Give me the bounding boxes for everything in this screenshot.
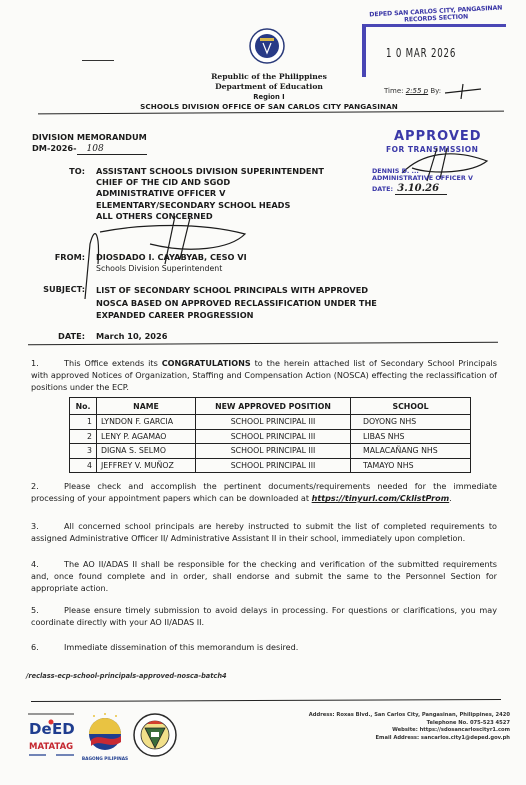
table-row: 4 JEFFREY V. MUÑOZ SCHOOL PRINCIPAL III … (70, 458, 471, 473)
memo-date: March 10, 2026 (96, 331, 167, 342)
svg-text:ED: ED (52, 720, 75, 738)
cell-school: DOYONG NHS (351, 415, 471, 430)
approved-label: APPROVED (394, 129, 482, 144)
footer-telephone: Telephone No. 075-523 4527 (300, 720, 510, 728)
records-stamp-title: DEPED SAN CARLOS CITY, PANGASINAN RECORD… (356, 4, 517, 26)
footer-address: Address: Roxas Blvd., San Carlos City, P… (300, 712, 510, 720)
cell-no: 3 (70, 444, 97, 459)
recipient: CHIEF OF THE CID AND SGOD (96, 177, 324, 188)
subject-line: NOSCA BASED ON APPROVED RECLASSIFICATION… (96, 297, 377, 310)
to-label: TO: (5, 166, 85, 176)
cell-name: JEFFREY V. MUÑOZ (97, 458, 196, 473)
svg-text:De: De (29, 720, 52, 738)
paragraph-2: 2.Please check and accomplish the pertin… (31, 480, 497, 504)
subject-line: LIST OF SECONDARY SCHOOL PRINCIPALS WITH… (96, 284, 377, 297)
time-label: Time: (384, 87, 404, 95)
records-stamp-time: Time: 2:55 p By: (384, 83, 483, 99)
from-label: FROM: (5, 252, 85, 262)
memo-number-prefix: DM-2026- (32, 143, 77, 153)
cell-position: SCHOOL PRINCIPAL III (196, 429, 351, 444)
approver-title: ADMINISTRATIVE OFFICER V (372, 174, 473, 182)
cell-name: LYNDON F. GARCIA (97, 415, 196, 430)
stray-mark (82, 60, 114, 61)
table-header-row: No. NAME NEW APPROVED POSITION SCHOOL (70, 398, 471, 415)
paragraph-1: 1.This Office extends its CONGRATULATION… (31, 357, 497, 394)
paragraph-text: All concerned school principals are here… (31, 521, 497, 543)
paragraph-number: 4. (31, 558, 64, 570)
subject-label: SUBJECT: (5, 284, 85, 294)
header-position: NEW APPROVED POSITION (196, 398, 351, 415)
recipient: ASSISTANT SCHOOLS DIVISION SUPERINTENDEN… (96, 166, 324, 177)
bagong-pilipinas-logo: BAGONG PILIPINAS (82, 710, 128, 766)
footer-website[interactable]: Website: https://sdosancarloscityr1.com (300, 727, 510, 735)
paragraph-text: . (449, 493, 452, 503)
paragraph-3: 3.All concerned school principals are he… (31, 520, 497, 544)
approved-date-label: DATE: (372, 185, 393, 193)
sender-name: DIOSDADO I. CAYABYAB, CESO VI (96, 252, 247, 263)
memo-header-divider (28, 342, 498, 345)
paragraph-number: 6. (31, 641, 64, 653)
initials-signature-icon (443, 83, 483, 99)
cell-school: MALACAÑANG NHS (351, 444, 471, 459)
principals-table: No. NAME NEW APPROVED POSITION SCHOOL 1 … (69, 397, 471, 473)
cell-no: 2 (70, 429, 97, 444)
date-label: DATE: (5, 331, 85, 341)
cell-position: SCHOOL PRINCIPAL III (196, 444, 351, 459)
sender-title: Schools Division Superintendent (96, 264, 222, 273)
memo-number-value: 108 (77, 144, 147, 155)
document-reference-code: /reclass-ecp-school-principals-approved-… (26, 672, 227, 680)
header-no: No. (70, 398, 97, 415)
approved-for-transmission-stamp: APPROVED FOR TRANSMISSION DENNIS D. ... … (372, 129, 522, 199)
cell-no: 1 (70, 415, 97, 430)
sdo-san-carlos-seal (132, 712, 178, 758)
svg-text:MATATAG: MATATAG (29, 742, 73, 752)
cell-name: LENY P. AGAMAO (97, 429, 196, 444)
deped-matatag-logo: De ED MATATAG (28, 712, 76, 760)
paragraph-text: The AO II/ADAS II shall be responsible f… (31, 559, 497, 593)
paragraph-5: 5.Please ensure timely submission to avo… (31, 604, 497, 628)
office-contact-info: Address: Roxas Blvd., San Carlos City, P… (300, 712, 510, 742)
footer-email[interactable]: Email Address: sancarlos.city1@deped.gov… (300, 735, 510, 743)
records-received-stamp: DEPED SAN CARLOS CITY, PANGASINAN RECORD… (356, 8, 516, 103)
paragraph-number: 1. (31, 357, 64, 369)
paragraph-4: 4.The AO II/ADAS II shall be responsible… (31, 558, 497, 595)
recipient: ADMINISTRATIVE OFFICER V (96, 188, 324, 199)
paragraph-text: This Office extends its (64, 358, 162, 368)
paragraph-number: 3. (31, 520, 64, 532)
paragraph-text: Immediate dissemination of this memorand… (64, 642, 298, 652)
approved-date-value: 3.10.26 (395, 183, 447, 195)
records-stamp-date: 1 0 MAR 2026 (386, 46, 456, 60)
cell-name: DIGNA S. SELMO (97, 444, 196, 459)
deped-seal-icon (249, 28, 285, 64)
paragraph-6: 6.Immediate dissemination of this memora… (31, 641, 497, 653)
by-label: By: (430, 87, 441, 95)
header-divider (38, 111, 504, 115)
cell-no: 4 (70, 458, 97, 473)
office-heading: SCHOOLS DIVISION OFFICE OF SAN CARLOS CI… (6, 102, 526, 111)
svg-text:BAGONG PILIPINAS: BAGONG PILIPINAS (82, 756, 128, 762)
approved-date: DATE: 3.10.26 (372, 183, 447, 194)
footer-divider (31, 699, 501, 702)
table-row: 3 DIGNA S. SELMO SCHOOL PRINCIPAL III MA… (70, 444, 471, 459)
time-value: 2:55 p (406, 87, 428, 95)
cell-school: LIBAS NHS (351, 429, 471, 444)
subject-line: EXPANDED CAREER PROGRESSION (96, 309, 377, 322)
paragraph-number: 2. (31, 480, 64, 492)
paragraph-number: 5. (31, 604, 64, 616)
cell-position: SCHOOL PRINCIPAL III (196, 458, 351, 473)
cell-school: TAMAYO NHS (351, 458, 471, 473)
cell-position: SCHOOL PRINCIPAL III (196, 415, 351, 430)
memo-number: DM-2026-108 (32, 143, 147, 155)
congratulations-emphasis: CONGRATULATIONS (162, 358, 251, 368)
memo-title: DIVISION MEMORANDUM (32, 132, 147, 142)
table-row: 1 LYNDON F. GARCIA SCHOOL PRINCIPAL III … (70, 415, 471, 430)
header-school: SCHOOL (351, 398, 471, 415)
header-name: NAME (97, 398, 196, 415)
checklist-link[interactable]: https://tinyurl.com/CklistProm (312, 493, 450, 503)
subject-text: LIST OF SECONDARY SCHOOL PRINCIPALS WITH… (96, 284, 377, 322)
paragraph-text: Please ensure timely submission to avoid… (31, 605, 497, 627)
table-row: 2 LENY P. AGAMAO SCHOOL PRINCIPAL III LI… (70, 429, 471, 444)
